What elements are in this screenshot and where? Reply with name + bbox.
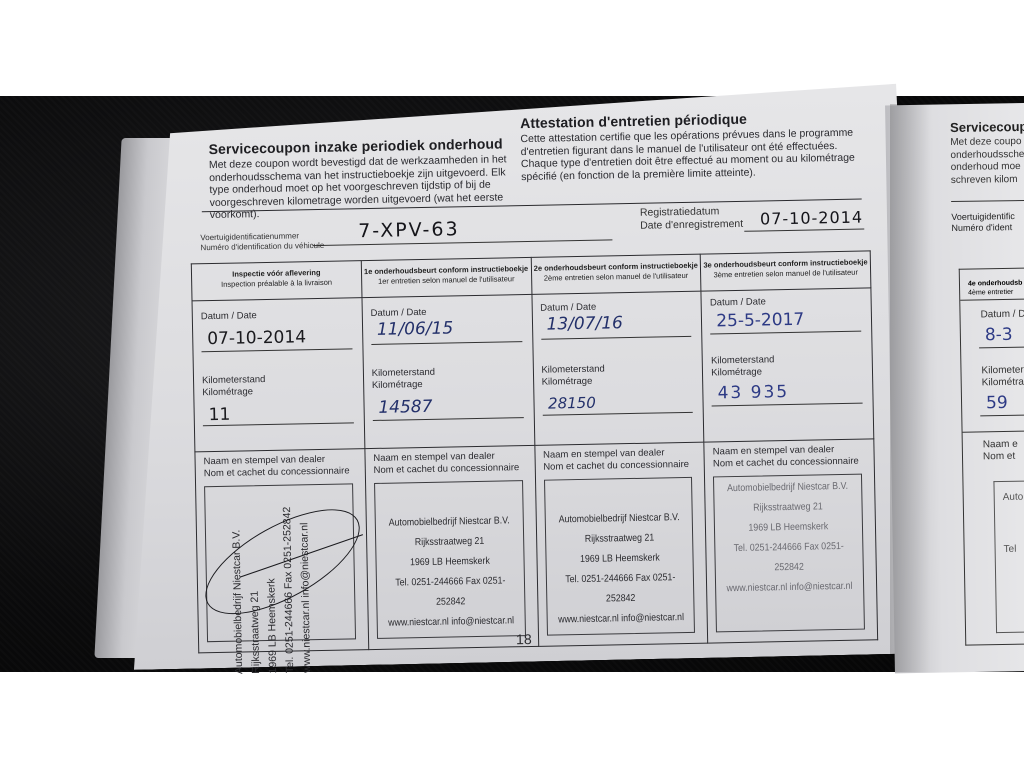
- coupon-entry: Datum / Date 07-10-2014 KilometerstandKi…: [192, 298, 365, 452]
- row-divider: [963, 430, 1024, 432]
- dealer-stamp-cell: Naam en stempel van dealerNom et cachet …: [704, 439, 878, 643]
- dealer-stamp-row: Naam en stempel van dealerNom et cachet …: [195, 439, 878, 653]
- stamp-box: Automobielbedrijf Niestcar B.V. Rijksstr…: [544, 477, 696, 636]
- right-page-text: Met deze coupo: [950, 136, 1024, 150]
- dealer-stamp: Automobielbedrijf Niestcar B.V. Rijksstr…: [554, 508, 685, 630]
- right-page-heading: Servicecoup: [950, 119, 1024, 135]
- vin-label: Voertuigidentificatienummer Numéro d'ide…: [200, 231, 324, 253]
- coupon-header: 2e onderhoudsbeurt conform instructieboe…: [531, 254, 701, 294]
- registration-date-label: Registratiedatum Date d'enregistrement: [640, 205, 743, 233]
- dealer-stamp: Automobielbedrijf Niestcar B.V. Rijksstr…: [384, 511, 515, 633]
- date-line: [710, 331, 861, 335]
- vin-label-fr: Numéro d'identification du véhicule: [200, 241, 324, 253]
- km-line: [373, 417, 524, 421]
- right-coupon-header: 4e onderhoudsb 4ème entretier: [960, 268, 1024, 300]
- stamp-text: Tel: [1004, 544, 1017, 555]
- km-label: KilometerstandKilométrage: [711, 354, 775, 379]
- stamp-text: Auto: [1003, 492, 1024, 503]
- service-date: 8-3: [985, 325, 1013, 345]
- right-page-vin-label: Voertuigidentific Numéro d'ident: [951, 211, 1024, 234]
- service-date: 11/06/15: [377, 318, 454, 339]
- dealer-label: Naam en stempel van dealerNom et cachet …: [373, 450, 519, 477]
- dealer-label: Naam eNom et: [983, 439, 1018, 464]
- stamp-box: Auto Tel: [993, 480, 1024, 633]
- reg-label-fr: Date d'enregistrement: [640, 218, 743, 233]
- date-line: [979, 346, 1024, 348]
- date-label: Datum / Da: [980, 308, 1024, 321]
- date-label: Datum / Date: [370, 307, 426, 320]
- km-line: [712, 403, 863, 407]
- date-label: Datum / Date: [540, 302, 596, 315]
- date-line: [201, 348, 352, 352]
- service-date: 25-5-2017: [716, 310, 804, 332]
- registration-date-value: 07-10-2014: [760, 208, 863, 229]
- right-page-text: onderhoudssche: [950, 148, 1024, 162]
- coupon-entry: Datum / Date 11/06/15 KilometerstandKilo…: [362, 294, 535, 448]
- date-label: Datum / Date: [710, 296, 766, 309]
- km-label: KilometerstandKilométrage: [372, 367, 436, 392]
- dutch-description: Met deze coupon wordt bevestigd dat de w…: [209, 153, 510, 221]
- page-number: 18: [516, 631, 532, 647]
- dealer-label: Naam en stempel van dealerNom et cachet …: [204, 453, 350, 480]
- coupon-header: 1e onderhoudsbeurt conform instructieboe…: [361, 257, 531, 297]
- stamp-box: Automobielbedrijf Niestcar B.V. Rijksstr…: [204, 483, 356, 642]
- dealer-label: Naam en stempel van dealerNom et cachet …: [543, 447, 689, 474]
- stamp-box: Automobielbedrijf Niestcar B.V. Rijksstr…: [713, 474, 865, 633]
- service-coupons-table: Inspectie vóór afleveringInspection préa…: [191, 250, 878, 653]
- right-page-divider: [951, 200, 1024, 202]
- service-km: 11: [209, 405, 231, 425]
- right-page-coupon: 4e onderhoudsb 4ème entretier Datum / Da…: [959, 267, 1024, 645]
- stamp-box: Automobielbedrijf Niestcar B.V. Rijksstr…: [374, 480, 526, 639]
- service-km: 59: [986, 393, 1008, 413]
- km-label: KilometerstandKilométrage: [202, 374, 266, 399]
- right-page: Servicecoup Met deze coupo onderhoudssch…: [950, 119, 1024, 234]
- dealer-stamp-cell: Naam en stempel van dealerNom et cachet …: [365, 445, 539, 649]
- coupon-entry: Datum / Date 13/07/16 KilometerstandKilo…: [531, 291, 704, 445]
- french-intro: Attestation d'entretien périodique Cette…: [520, 108, 876, 183]
- dealer-label: Naam en stempel van dealerNom et cachet …: [713, 444, 859, 471]
- date-line: [371, 341, 522, 345]
- service-km: 14587: [378, 397, 432, 418]
- registration-date-line: [744, 229, 864, 232]
- left-page: Servicecoupon inzake periodiek onderhoud…: [160, 104, 900, 663]
- coupon-entry: Datum / Date 25-5-2017 KilometerstandKil…: [701, 288, 874, 442]
- coupon-header: 3e onderhoudsbeurt conform instructieboe…: [700, 251, 870, 291]
- date-line: [541, 336, 692, 340]
- dealer-stamp-cell: Naam en stempel van dealerNom et cachet …: [534, 442, 708, 646]
- date-label: Datum / Date: [201, 310, 257, 323]
- km-line: [980, 414, 1024, 416]
- km-label: KilometerstandKilométrage: [541, 364, 605, 389]
- service-km: 28150: [548, 394, 596, 413]
- dealer-stamp-faded: Automobielbedrijf Niestcar B.V. Rijksstr…: [723, 477, 854, 599]
- right-page-text: onderhoud moe: [951, 161, 1024, 175]
- right-page-text: schreven kilom: [951, 173, 1024, 187]
- coupon-entry-row: Datum / Date 07-10-2014 KilometerstandKi…: [192, 288, 874, 452]
- km-line: [542, 412, 693, 416]
- service-km: 43 935: [717, 382, 789, 403]
- dealer-stamp-cell: Naam en stempel van dealerNom et cachet …: [195, 449, 369, 653]
- service-date: 13/07/16: [546, 313, 623, 334]
- km-label: KilometerKilométra: [981, 365, 1024, 390]
- vin-value: 7-XPV-63: [358, 218, 460, 242]
- service-date: 07-10-2014: [207, 327, 306, 349]
- coupon-header: Inspectie vóór afleveringInspection préa…: [191, 261, 361, 301]
- french-description: Cette attestation certifie que les opéra…: [520, 126, 876, 183]
